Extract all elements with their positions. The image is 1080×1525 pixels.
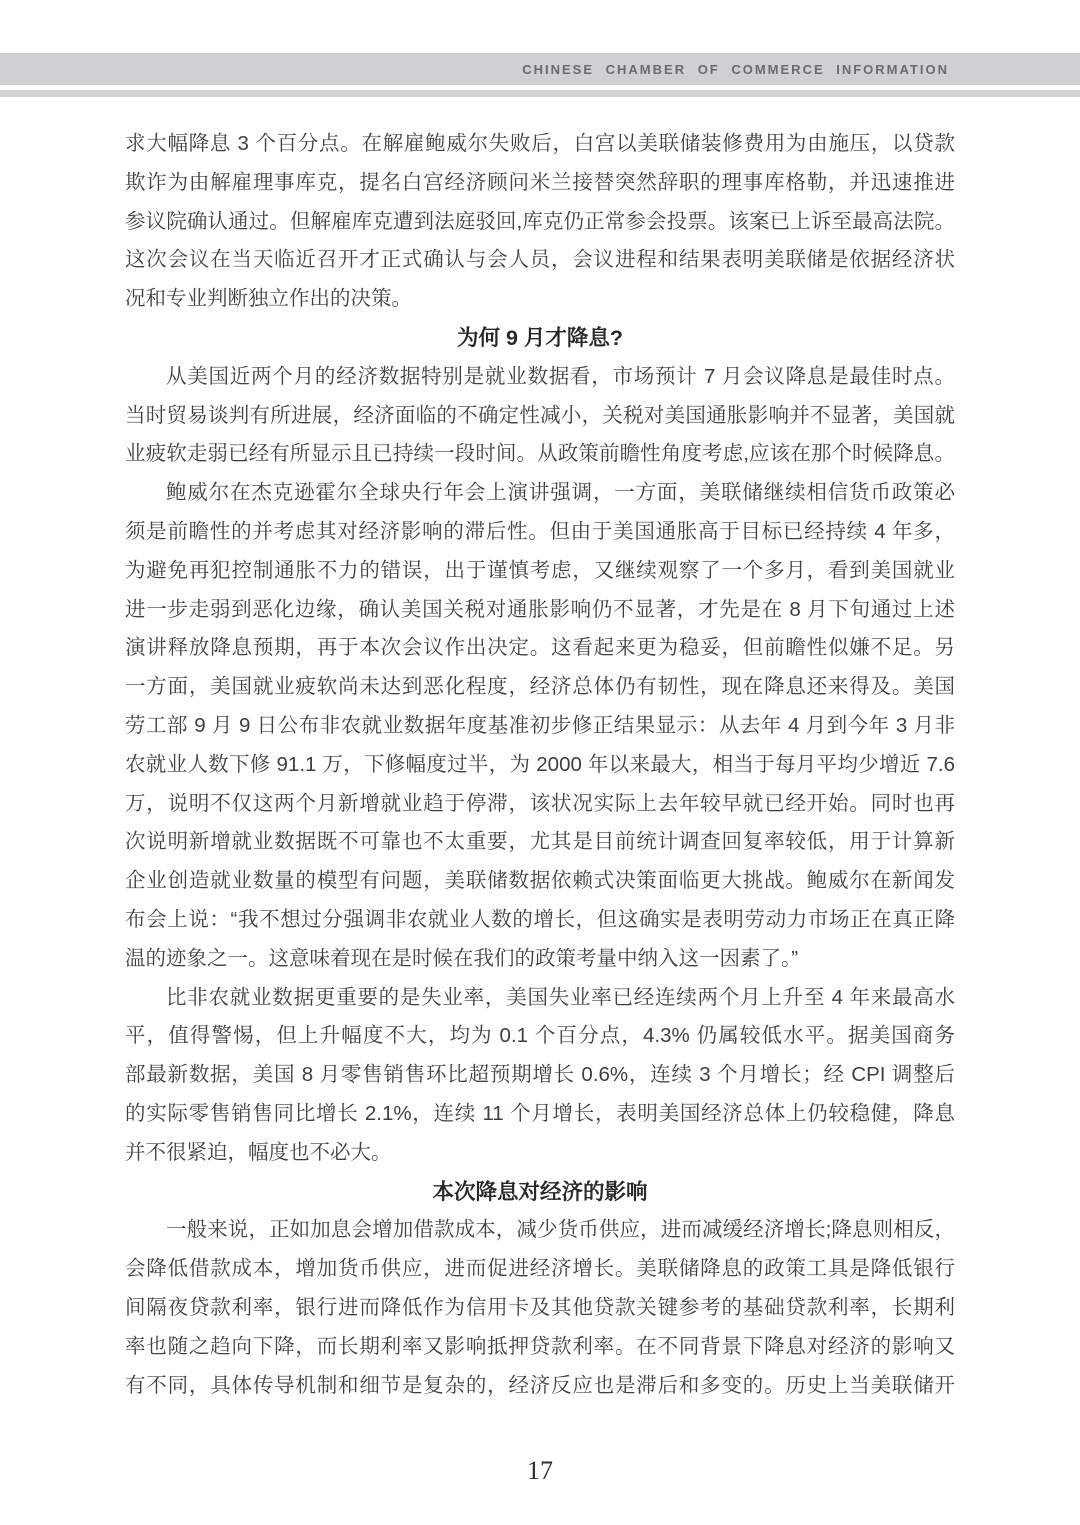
text-line: 的实际零售销售同比增长 2.1%，连续 11 个月增长，表明美国经济总体上仍较稳…	[125, 1095, 955, 1134]
text-line: 平，值得警惕，但上升幅度不大，均为 0.1 个百分点，4.3% 仍属较低水平。据…	[125, 1017, 955, 1056]
page-number: 17	[0, 1456, 1080, 1486]
text-line: 部最新数据，美国 8 月零售销售环比超预期增长 0.6%，连续 3 个月增长；经…	[125, 1056, 955, 1095]
paragraph: 比非农就业数据更重要的是失业率，美国失业率已经连续两个月上升至 4 年来最高水平…	[125, 979, 955, 1173]
header-band: CHINESE CHAMBER OF COMMERCE INFORMATION	[0, 53, 1080, 85]
paragraph: 从美国近两个月的经济数据特别是就业数据看，市场预计 7 月会议降息是最佳时点。当…	[125, 358, 955, 474]
text-line: 企业创造就业数量的模型有问题，美联储数据依赖式决策面临更大挑战。鲍威尔在新闻发	[125, 862, 955, 901]
text-line: 进一步走弱到恶化边缘，确认美国关税对通胀影响仍不显著，才先是在 8 月下旬通过上…	[125, 591, 955, 630]
section-heading: 本次降息对经济的影响	[125, 1173, 955, 1212]
text-line: 业疲软走弱已经有所显示且已持续一段时间。从政策前瞻性角度考虑,应该在那个时候降息…	[125, 435, 955, 474]
text-line: 欺诈为由解雇理事库克，提名白宫经济顾问米兰接替突然辞职的理事库格勒，并迅速推进	[125, 164, 955, 203]
text-line: 有不同，具体传导机制和细节是复杂的，经济反应也是滞后和多变的。历史上当美联储开	[125, 1367, 955, 1406]
text-line: 当时贸易谈判有所进展，经济面临的不确定性减小，关税对美国通胀影响并不显著，美国就	[125, 397, 955, 436]
text-line: 并不很紧迫，幅度也不必大。	[125, 1134, 955, 1173]
text-line: 这次会议在当天临近召开才正式确认与会人员，会议进程和结果表明美联储是依据经济状	[125, 241, 955, 280]
header-band-rule	[0, 90, 1080, 97]
text-line: 次说明新增就业数据既不可靠也不太重要，尤其是目前统计调查回复率较低，用于计算新	[125, 823, 955, 862]
text-line: 布会上说：“我不想过分强调非农就业人数的增长，但这确实是表明劳动力市场正在真正降	[125, 901, 955, 940]
text-line: 求大幅降息 3 个百分点。在解雇鲍威尔失败后，白宫以美联储装修费用为由施压，以贷…	[125, 125, 955, 164]
header-band-title: CHINESE CHAMBER OF COMMERCE INFORMATION	[522, 62, 949, 77]
text-line: 为避免再犯控制通胀不力的错误，出于谨慎考虑，又继续观察了一个多月，看到美国就业	[125, 552, 955, 591]
text-line: 会降低借款成本，增加货币供应，进而促进经济增长。美联储降息的政策工具是降低银行	[125, 1250, 955, 1289]
text-line: 万，说明不仅这两个月新增就业趋于停滞，该状况实际上去年较早就已经开始。同时也再	[125, 785, 955, 824]
text-line: 比非农就业数据更重要的是失业率，美国失业率已经连续两个月上升至 4 年来最高水	[125, 979, 955, 1018]
document-page: CHINESE CHAMBER OF COMMERCE INFORMATION …	[0, 0, 1080, 1525]
text-line: 须是前瞻性的并考虑其对经济影响的滞后性。但由于美国通胀高于目标已经持续 4 年多…	[125, 513, 955, 552]
text-line: 演讲释放降息预期，再于本次会议作出决定。这看起来更为稳妥，但前瞻性似嫌不足。另	[125, 629, 955, 668]
text-line: 间隔夜贷款利率，银行进而降低作为信用卡及其他贷款关键参考的基础贷款利率，长期利	[125, 1289, 955, 1328]
paragraph: 一般来说，正如加息会增加借款成本，减少货币供应，进而减缓经济增长;降息则相反，会…	[125, 1211, 955, 1405]
text-line: 劳工部 9 月 9 日公布非农就业数据年度基准初步修正结果显示：从去年 4 月到…	[125, 707, 955, 746]
text-line: 参议院确认通过。但解雇库克遭到法庭驳回,库克仍正常参会投票。该案已上诉至最高法院…	[125, 203, 955, 242]
text-line: 率也随之趋向下降，而长期利率又影响抵押贷款利率。在不同背景下降息对经济的影响又	[125, 1328, 955, 1367]
text-line: 一般来说，正如加息会增加借款成本，减少货币供应，进而减缓经济增长;降息则相反，	[125, 1211, 955, 1250]
text-line: 况和专业判断独立作出的决策。	[125, 280, 955, 319]
text-line: 温的迹象之一。这意味着现在是时候在我们的政策考量中纳入这一因素了。”	[125, 940, 955, 979]
paragraph: 求大幅降息 3 个百分点。在解雇鲍威尔失败后，白宫以美联储装修费用为由施压，以贷…	[125, 125, 955, 319]
text-line: 农就业人数下修 91.1 万，下修幅度过半，为 2000 年以来最大，相当于每月…	[125, 746, 955, 785]
section-heading: 为何 9 月才降息?	[125, 319, 955, 358]
article: 求大幅降息 3 个百分点。在解雇鲍威尔失败后，白宫以美联储装修费用为由施压，以贷…	[125, 125, 955, 1405]
paragraph: 鲍威尔在杰克逊霍尔全球央行年会上演讲强调，一方面，美联储继续相信货币政策必须是前…	[125, 474, 955, 978]
text-line: 从美国近两个月的经济数据特别是就业数据看，市场预计 7 月会议降息是最佳时点。	[125, 358, 955, 397]
text-line: 一方面，美国就业疲软尚未达到恶化程度，经济总体仍有韧性，现在降息还来得及。美国	[125, 668, 955, 707]
text-line: 鲍威尔在杰克逊霍尔全球央行年会上演讲强调，一方面，美联储继续相信货币政策必	[125, 474, 955, 513]
